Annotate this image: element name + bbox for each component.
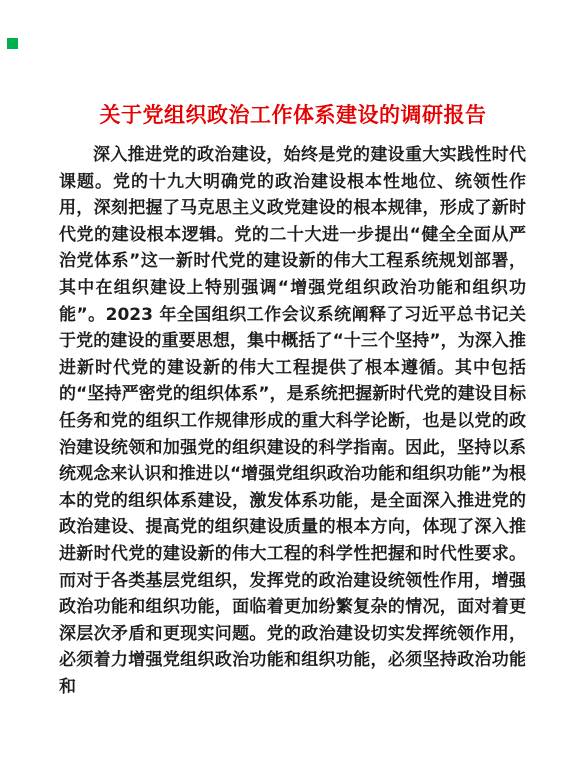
document-title: 关于党组织政治工作体系建设的调研报告 [0,99,586,129]
document-body-paragraph: 深入推进党的政治建设，始终是党的建设重大实践性时代课题。党的十九大明确党的政治建… [59,142,526,700]
green-square-marker [7,38,18,49]
document-page: 关于党组织政治工作体系建设的调研报告 深入推进党的政治建设，始终是党的建设重大实… [0,0,586,759]
